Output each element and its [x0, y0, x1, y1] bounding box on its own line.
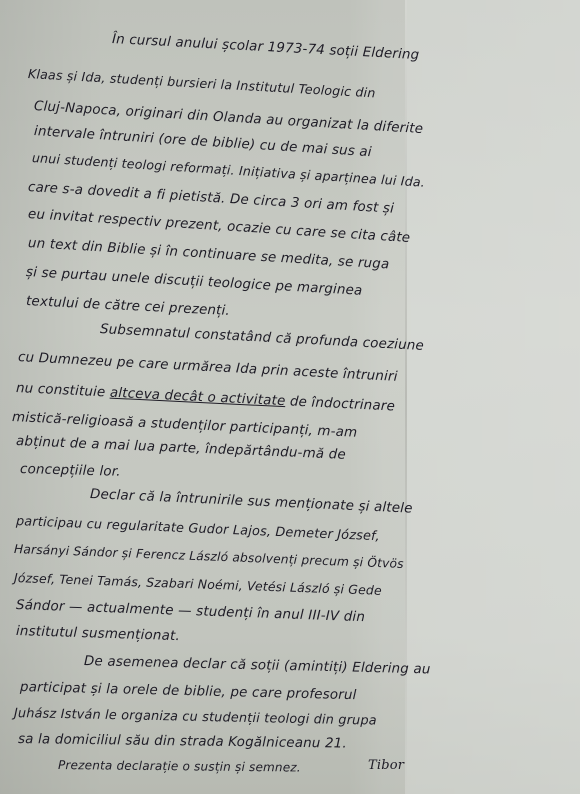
p2-line-1: Subsemnatul constatând că profunda coezi…	[100, 322, 425, 354]
p4-line-2: participat și la orele de biblie, pe car…	[20, 680, 357, 703]
p3-line-2: participau cu regularitate Gudor Lajos, …	[16, 514, 380, 544]
p2-line-3: nu constituie altceva decât o activitate…	[16, 381, 396, 415]
p2-line-6: concepțiile lor.	[20, 462, 121, 480]
p3-line-4: József, Tenei Tamás, Szabari Noémi, Veté…	[14, 570, 382, 598]
p2-line-2: cu Dumnezeu pe care urmărea Ida prin ace…	[18, 350, 398, 385]
closing-statement: Prezenta declarație o susțin și semnez.	[58, 758, 301, 775]
p1-line-2: Klaas și Ida, studenți bursieri la Insti…	[28, 66, 376, 100]
p4-line-3: Juhász István le organiza cu studenții t…	[14, 706, 377, 729]
p1-line-8: un text din Biblie și în continuare se m…	[28, 236, 390, 272]
p3-line-6: institutul susmenționat.	[16, 624, 180, 644]
p1-line-10: textului de către cei prezenți.	[26, 294, 231, 319]
p1-line-9: și se purtau unele discuții teologice pe…	[26, 265, 363, 299]
p2-line-5: abținut de a mai lua parte, îndepărtându…	[16, 434, 346, 463]
underlined-phrase: altceva decât o activitate	[110, 386, 286, 410]
p3-line-3: Harsányi Sándor și Ferencz László absolv…	[14, 542, 404, 571]
p1-line-1: În cursul anului școlar 1973-74 soții El…	[112, 32, 420, 63]
p3-line-1: Declar că la întrunirile sus menționate …	[90, 487, 413, 517]
handwritten-text: În cursul anului școlar 1973-74 soții El…	[0, 0, 580, 794]
p3-line-5: Sándor — actualmente — studenți în anul …	[16, 598, 366, 625]
signature: Tibor	[368, 758, 404, 773]
scanned-handwritten-page: În cursul anului școlar 1973-74 soții El…	[0, 0, 580, 794]
p2-line-3-text: nu constituie altceva decât o activitate…	[16, 381, 396, 415]
p4-line-1: De asemenea declar că soții (amintiți) E…	[84, 654, 431, 677]
p4-line-4: sa la domiciliul său din strada Kogălnic…	[18, 732, 347, 752]
